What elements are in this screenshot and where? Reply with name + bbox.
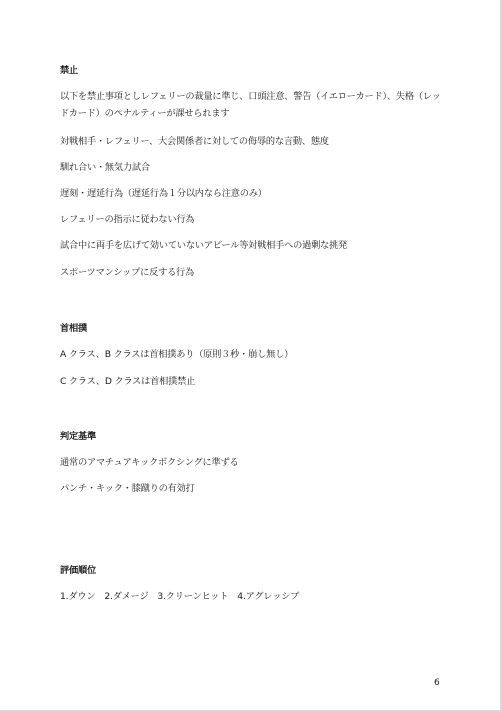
prohibited-item: 対戦相手・レフェリー、大会関係者に対しての侮辱的な言動、態度 [60,133,329,150]
prohibited-item: スポーツマンシップに反する行為 [60,264,194,281]
prohibited-item: 遅刻・遅延行為（遅延行為１分以内なら注意のみ） [60,185,267,202]
section-heading-ranking: 評価順位 [60,562,96,579]
page-number: 6 [434,678,440,688]
judging-item: パンチ・キック・膝蹴りの有効打 [60,480,195,497]
prohibited-intro: 以下を禁止事項としレフェリーの裁量に準じ、口頭注意、警告（イエローカード）、失格… [60,88,445,122]
section-heading-prohibited: 禁止 [60,62,78,79]
prohibited-item: レフェリーの指示に従わない行為 [60,211,194,228]
judging-item: 通常のアマチュアキックボクシングに準ずる [60,454,239,471]
prohibited-item: 馴れ合い・無気力試合 [60,159,150,176]
section-heading-clinch: 首相撲 [60,320,87,337]
clinch-item: C クラス、D クラスは首相撲禁止 [60,373,195,390]
document-page: 禁止 以下を禁止事項としレフェリーの裁量に準じ、口頭注意、警告（イエローカード）… [0,0,502,712]
ranking-text: 1.ダウン 2.ダメージ 3.クリーンヒット 4.アグレッシブ [60,588,299,605]
section-heading-judging: 判定基準 [60,428,96,445]
prohibited-item: 試合中に両手を広げて効いていないアピール等対戦相手への過剰な挑発 [60,237,347,254]
clinch-item: A クラス、B クラスは首相撲あり（原則３秒・崩し無し） [60,346,293,363]
